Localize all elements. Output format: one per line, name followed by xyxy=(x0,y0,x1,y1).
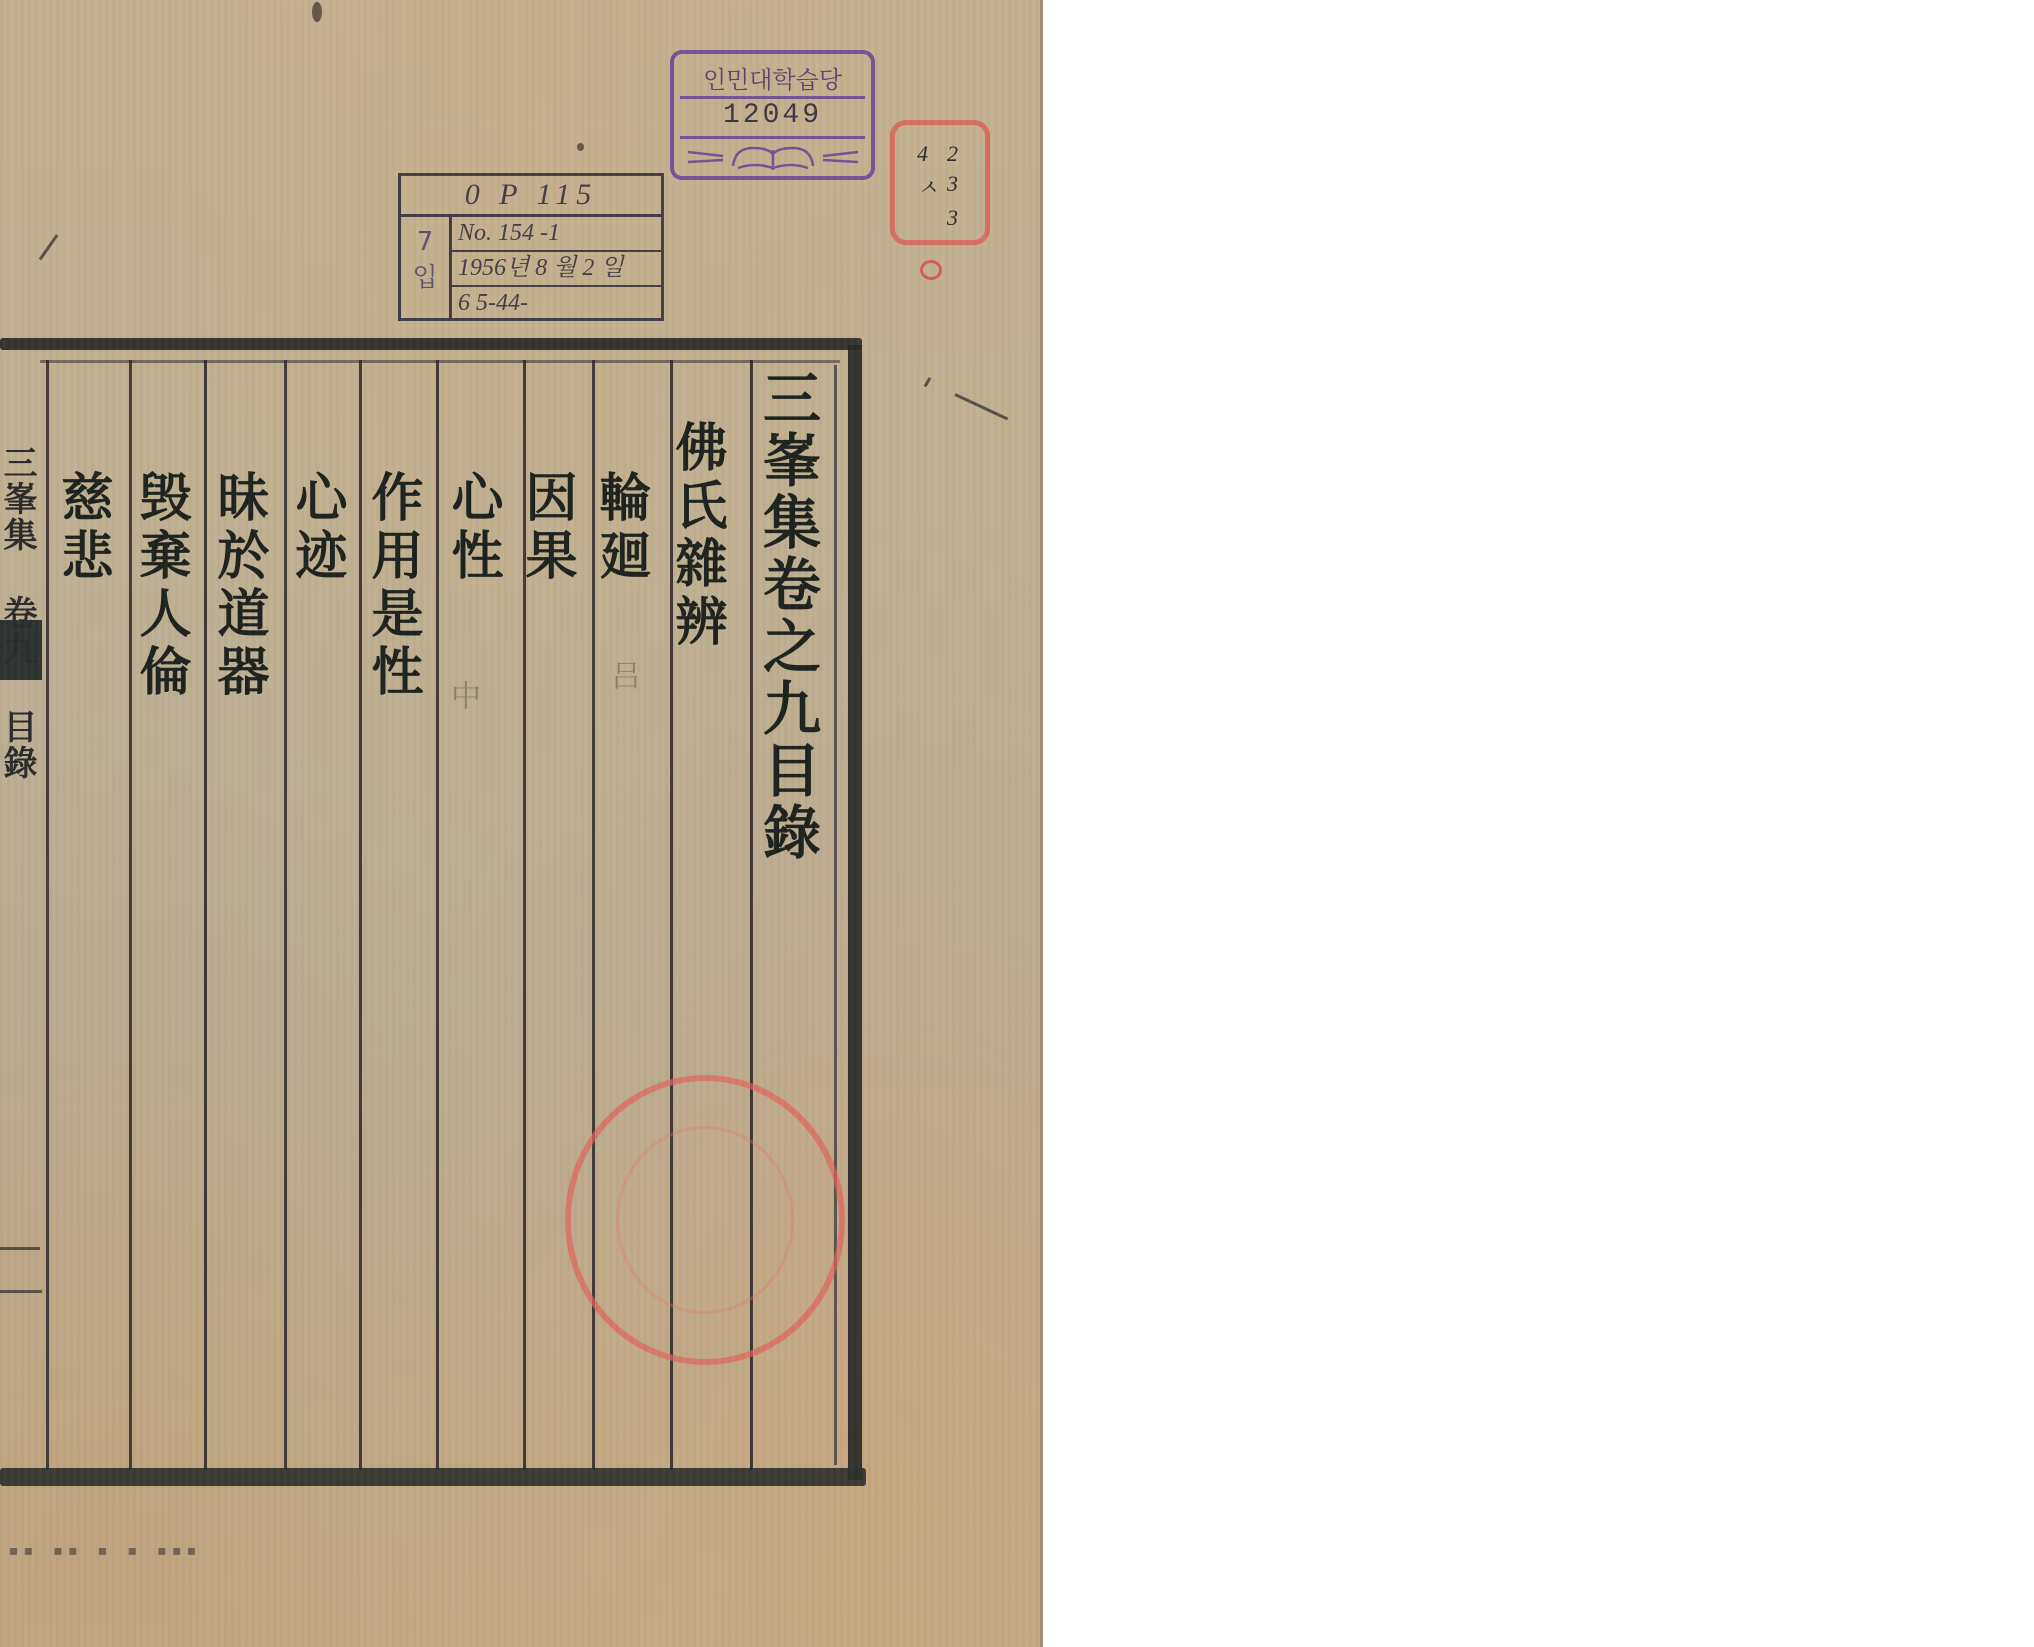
bottom-smudge: ▪▪ ▪▪ ▪ ▪ ▪▪▪ xyxy=(8,1540,201,1561)
red-stamp-char: 2 xyxy=(947,141,958,167)
frame-top-border xyxy=(0,338,862,350)
toc-entry: 毁棄人倫 xyxy=(134,470,186,702)
toc-entry: 心性 xyxy=(446,470,498,586)
scanned-book-page: 인민대학습당 12049 0 P 115 7 입 No. 154 -1 1956… xyxy=(0,0,1043,1647)
pencil-mark xyxy=(954,393,1008,420)
column-divider xyxy=(46,360,49,1470)
toc-entry: 昧於道器 xyxy=(212,470,264,702)
pencil-mark xyxy=(39,234,59,260)
toc-entry: 輪廻 xyxy=(594,470,646,586)
column-divider xyxy=(204,360,207,1470)
margin-page-mark xyxy=(0,1290,42,1293)
frame-bottom-border xyxy=(0,1468,866,1486)
ink-spot xyxy=(312,2,322,22)
catalog-stamp: 0 P 115 7 입 No. 154 -1 1956년 8 월 2 일 6 5… xyxy=(398,173,664,321)
catalog-stamp-line-3: 6 5-44- xyxy=(452,287,661,320)
toc-entry: 因果 xyxy=(520,470,572,586)
ink-spot xyxy=(577,143,584,151)
red-stamp-char: 3 xyxy=(947,171,958,197)
toc-entry: 心迹 xyxy=(290,470,342,586)
toc-entry: 作用是性 xyxy=(366,470,418,702)
catalog-stamp-side-label: 7 입 xyxy=(401,217,452,318)
red-square-stamp: 4 2 ㅅ 3 3 xyxy=(890,120,990,245)
library-stamp-emblem xyxy=(680,140,865,174)
open-book-icon xyxy=(683,142,863,172)
margin-label: 三峯集 卷九 目錄 xyxy=(0,445,34,781)
margin-page-mark xyxy=(0,1247,40,1250)
catalog-stamp-line-1: No. 154 -1 xyxy=(452,217,661,252)
frame-inner-right-border xyxy=(834,365,837,1465)
toc-entry: 慈悲 xyxy=(56,470,108,586)
red-stamp-char: 3 xyxy=(947,205,958,231)
library-stamp-number: 12049 xyxy=(680,100,865,139)
red-stamp-char: 4 xyxy=(917,141,928,167)
bleed-through-mark: 吕 xyxy=(600,660,644,690)
library-stamp: 인민대학습당 12049 xyxy=(670,50,875,180)
library-stamp-name: 인민대학습당 xyxy=(680,60,865,99)
catalog-stamp-header: 0 P 115 xyxy=(401,176,661,217)
bleed-through-mark: 中 xyxy=(440,680,484,710)
toc-entry: 佛氏雜辨 xyxy=(670,420,722,652)
red-stamp-char: ㅅ xyxy=(917,171,938,202)
red-mark xyxy=(920,260,942,280)
pencil-mark xyxy=(924,377,932,387)
frame-inner-top-border xyxy=(40,360,840,363)
red-circle-seal xyxy=(565,1075,845,1365)
frame-right-border xyxy=(848,345,862,1480)
toc-title: 三峯集卷之九目錄 xyxy=(758,368,816,864)
catalog-stamp-line-2: 1956년 8 월 2 일 xyxy=(452,252,661,287)
column-divider xyxy=(436,360,439,1470)
page-edge xyxy=(1040,0,1043,1647)
